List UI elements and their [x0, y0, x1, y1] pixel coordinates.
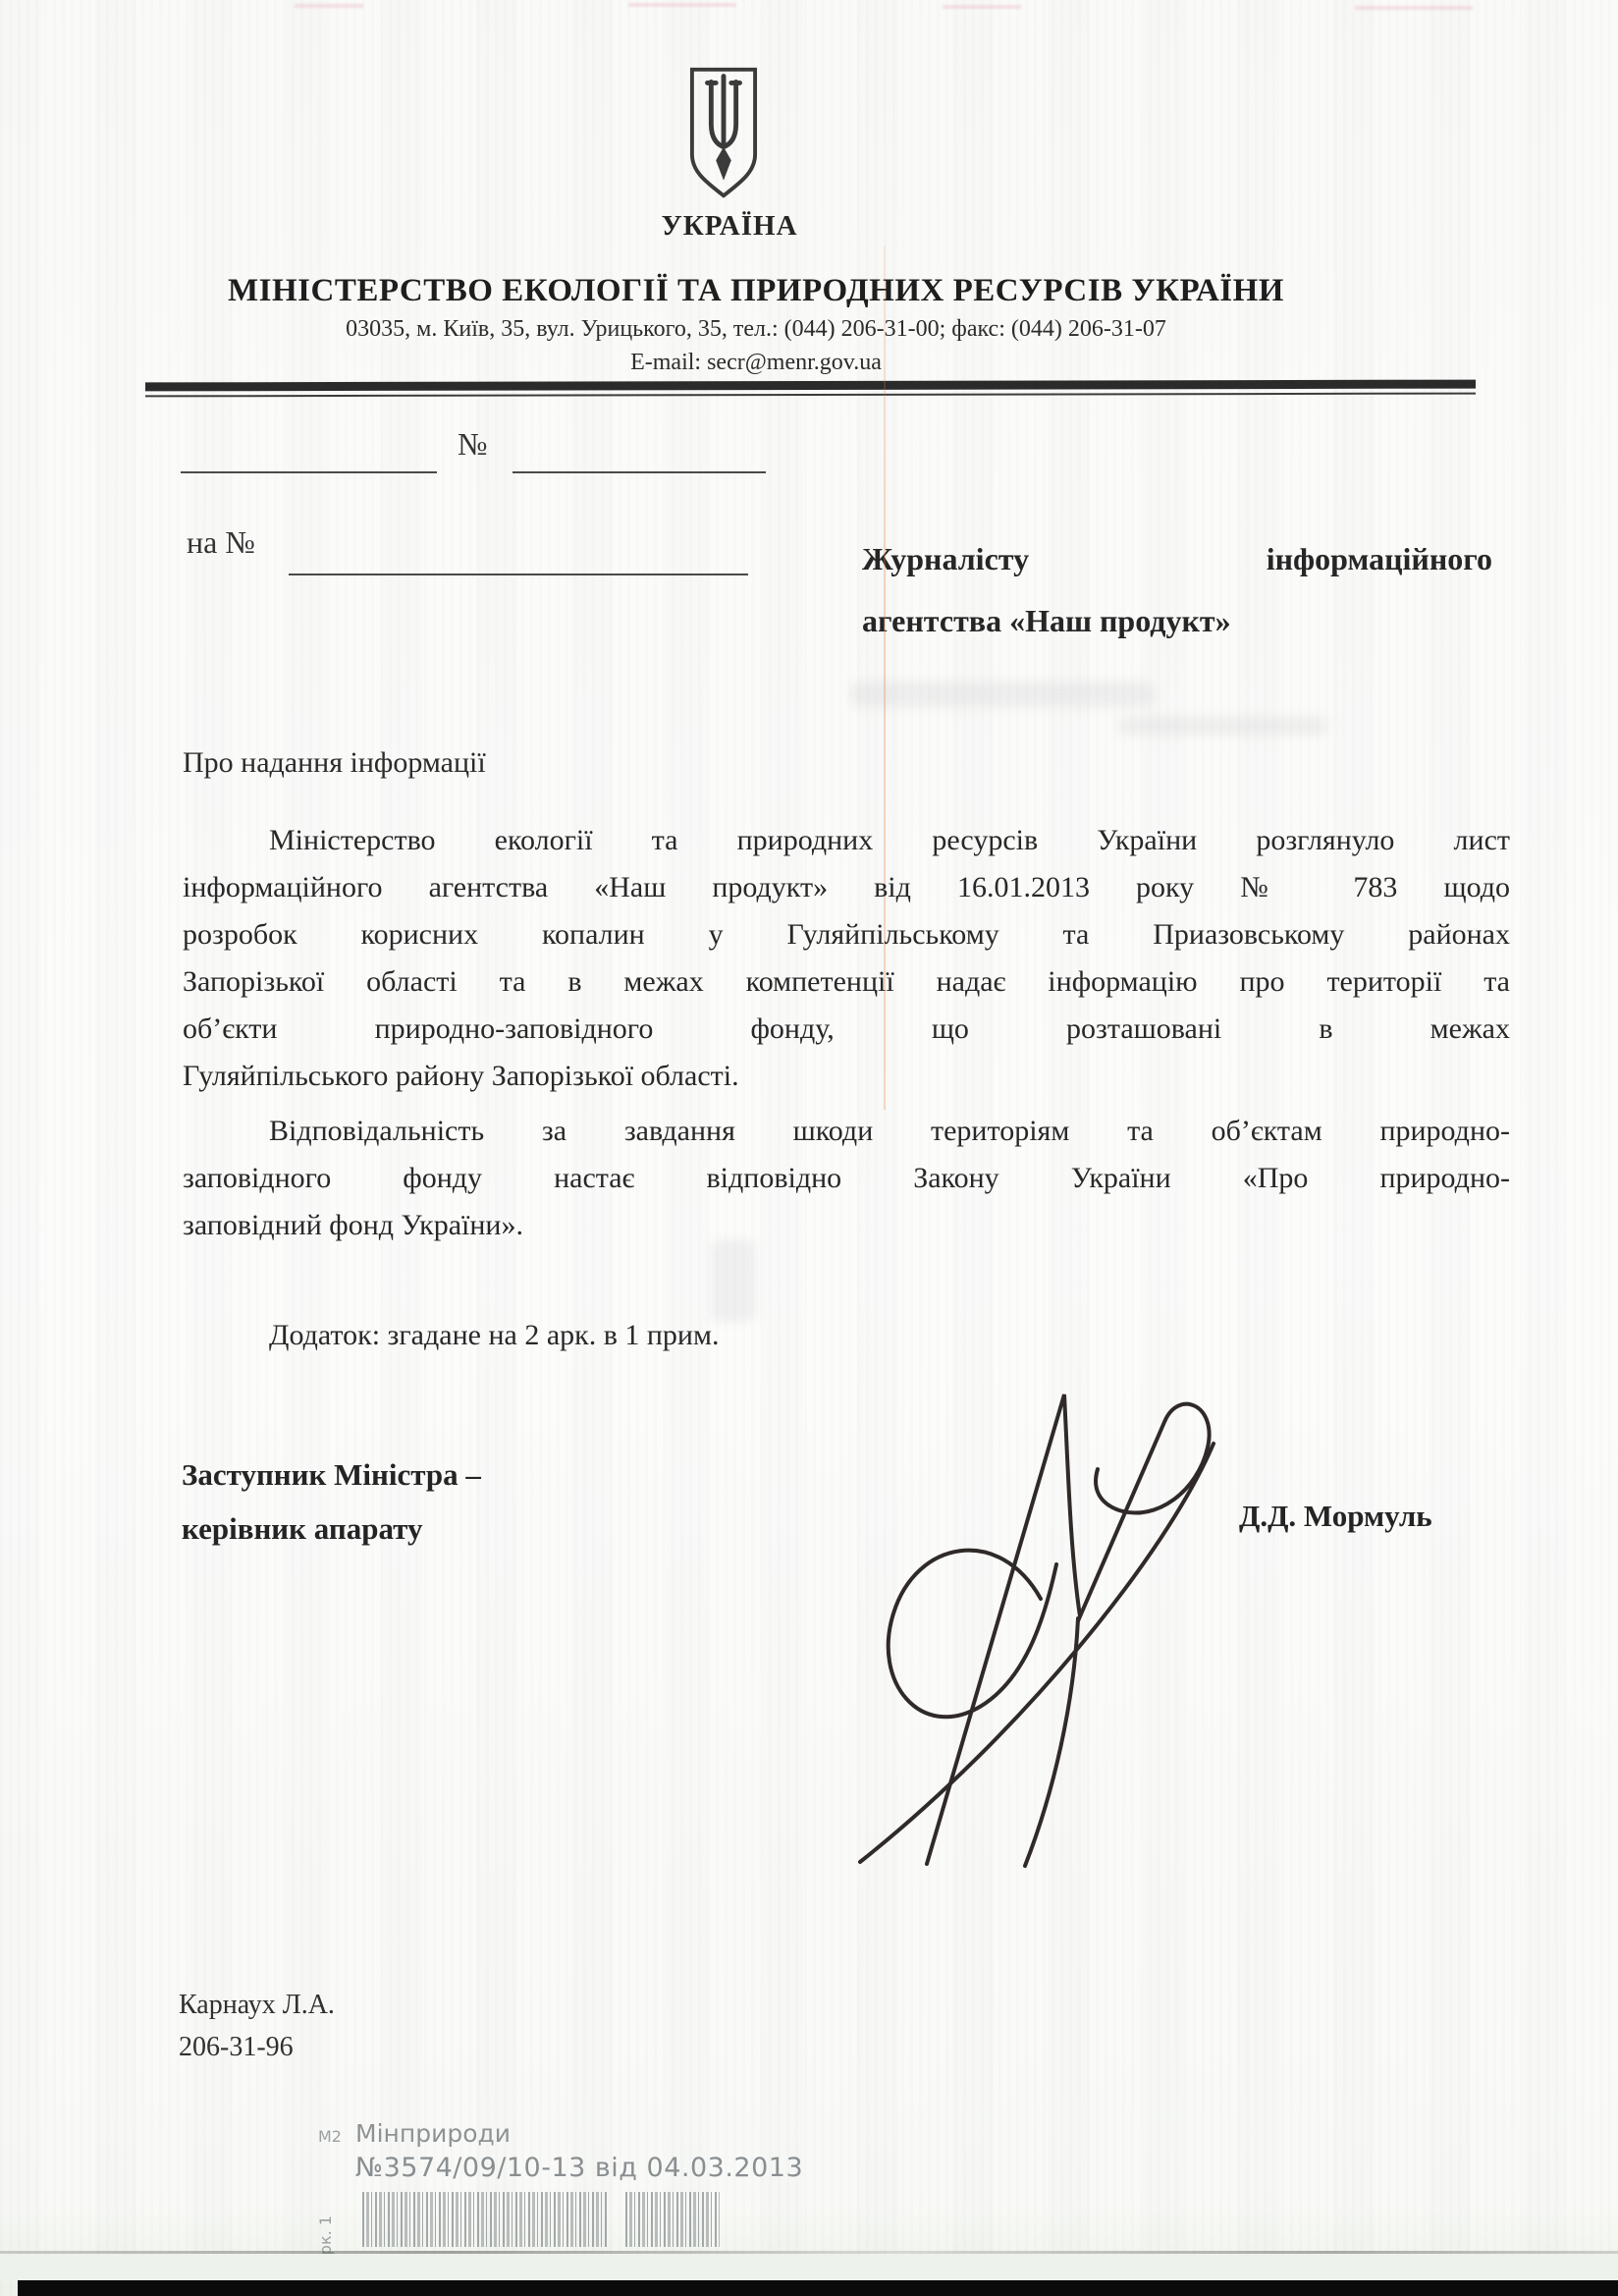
stamp-organization: Мінприроди [355, 2119, 511, 2148]
signer-name: Д.Д. Мормуль [1239, 1499, 1432, 1534]
barcode-segment [625, 2192, 720, 2247]
ministry-title: МІНІСТЕРСТВО ЕКОЛОГІЇ ТА ПРИРОДНИХ РЕСУР… [98, 273, 1414, 309]
erased-text-smudge [850, 682, 1155, 707]
scanned-letter-page: УКРАЇНА МІНІСТЕРСТВО ЕКОЛОГІЇ ТА ПРИРОДН… [0, 0, 1618, 2296]
stamp-registration-number: №3574/09/10-13 від 04.03.2013 [355, 2153, 803, 2183]
stamp-m2-label: М2 [318, 2127, 342, 2146]
body-line: заповідного фонду настає відповідно Зако… [183, 1155, 1510, 1202]
letterhead-rule-thin [145, 393, 1476, 398]
signer-position: Заступник Міністра – керівник апарату [182, 1448, 481, 1556]
ref-reply-label: на № [187, 524, 255, 561]
scan-artifact [628, 3, 736, 7]
scan-artifact [295, 4, 363, 8]
scan-artifact [1355, 6, 1473, 10]
body-line: розробок корисних копалин у Гуляйпільськ… [183, 911, 1510, 958]
country-label: УКРАЇНА [628, 210, 831, 243]
signer-position-line-2: керівник апарату [182, 1502, 481, 1556]
ref-number-underline [512, 471, 766, 473]
body-line: Відповідальність за завдання шкоди терит… [183, 1108, 1510, 1155]
letterhead-rule-thick [145, 380, 1476, 392]
signer-position-line-1: Заступник Міністра – [182, 1448, 481, 1502]
erased-text-smudge [1117, 717, 1328, 735]
recipient-block: Журналісту інформаційного агентства «Наш… [862, 528, 1492, 652]
subject-line: Про надання інформації [183, 746, 486, 780]
scan-artifact [943, 5, 1021, 9]
paragraph-2: Відповідальність за завдання шкоди терит… [183, 1108, 1510, 1249]
recipient-line-1: Журналісту інформаційного [862, 528, 1492, 590]
recipient-word-right: інформаційного [1267, 528, 1492, 590]
recipient-word-left: Журналісту [862, 528, 1029, 590]
paragraph-1: Міністерство екології та природних ресур… [183, 817, 1510, 1100]
executor-phone: 206-31-96 [179, 2026, 335, 2068]
body-line: об’єкти природно-заповідного фонду, що р… [183, 1006, 1510, 1053]
executor-name: Карнаух Л.А. [179, 1984, 335, 2026]
body-line: Запорізької області та в межах компетенц… [183, 958, 1510, 1006]
ref-reply-underline [289, 574, 748, 575]
handwritten-signature [833, 1353, 1245, 1888]
body-line: Міністерство екології та природних ресур… [183, 817, 1510, 864]
body-line: Гуляйпільського району Запорізької облас… [183, 1053, 1510, 1100]
ukraine-trident-icon [685, 63, 762, 202]
body-line: заповідний фонд України». [183, 1202, 1510, 1249]
barcode-segment [362, 2192, 608, 2247]
ministry-email: E-mail: secr@menr.gov.ua [118, 350, 1394, 376]
ref-date-underline [181, 471, 437, 473]
ministry-address: 03035, м. Київ, 35, вул. Урицького, 35, … [118, 316, 1394, 343]
recipient-line-2: агентства «Наш продукт» [862, 590, 1492, 652]
scanner-background-band [0, 2254, 1618, 2281]
letter-body: Міністерство екології та природних ресур… [183, 817, 1510, 1359]
body-line: інформаційного агентства «Наш продукт» в… [183, 864, 1510, 911]
attachment-note: Додаток: згадане на 2 арк. в 1 прим. [269, 1312, 1510, 1359]
scanner-black-strip [18, 2280, 1618, 2296]
stamp-barcode [362, 2192, 720, 2247]
executor-block: Карнаух Л.А. 206-31-96 [179, 1984, 335, 2068]
ref-number-label: № [458, 426, 488, 463]
